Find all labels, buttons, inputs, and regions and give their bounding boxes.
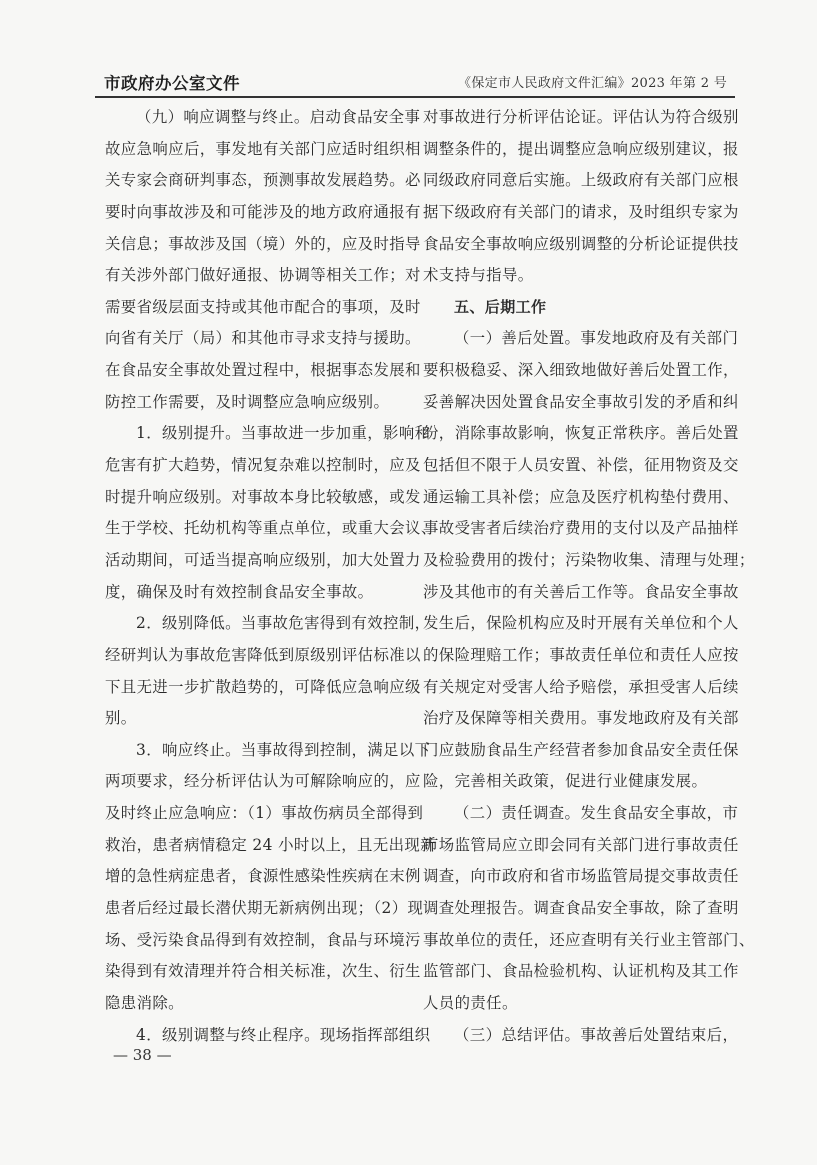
text-line: 食品安全事故响应级别调整的分析论证提供技 — [423, 229, 735, 261]
text-line: 危害有扩大趋势，情况复杂难以控制时，应及 — [105, 450, 408, 482]
text-line: 术支持与指导。 — [423, 260, 735, 292]
text-line: 治疗及保障等相关费用。事发地政府及有关部 — [423, 703, 735, 735]
text-line: 3．响应终止。当事故得到控制，满足以下 — [105, 735, 408, 767]
text-line: 度，确保及时有效控制食品安全事故。 — [105, 577, 408, 609]
text-line: 事故受害者后续治疗费用的支付以及产品抽样 — [423, 513, 735, 545]
text-line: 增的急性病症患者，食源性感染性疾病在末例 — [105, 861, 408, 893]
text-line: 关专家会商研判事态，预测事故发展趋势。必 — [105, 165, 408, 197]
text-line: 要积极稳妥、深入细致地做好善后处置工作， — [423, 355, 735, 387]
text-line: 有关涉外部门做好通报、协调等相关工作；对 — [105, 260, 408, 292]
text-line: 经研判认为事故危害降低到原级别评估标准以 — [105, 640, 408, 672]
text-line: 下且无进一步扩散趋势的，可降低应急响应级 — [105, 672, 408, 704]
text-line: 时提升响应级别。对事故本身比较敏感，或发 — [105, 482, 408, 514]
section-heading: 五、后期工作 — [423, 292, 735, 324]
text-line: 要时向事故涉及和可能涉及的地方政府通报有 — [105, 197, 408, 229]
text-line: 监管部门、食品检验机构、认证机构及其工作 — [423, 956, 735, 988]
text-line: 故应急响应后，事发地有关部门应适时组织相 — [105, 134, 408, 166]
text-line: 事故单位的责任，还应查明有关行业主管部门、 — [423, 925, 735, 957]
text-line: 人员的责任。 — [423, 988, 735, 1020]
text-line: 1．级别提升。当事故进一步加重，影响和 — [105, 418, 408, 450]
text-line: 及时终止应急响应：（1）事故伤病员全部得到 — [105, 798, 408, 830]
text-line: 调整条件的，提出调整应急响应级别建议，报 — [423, 134, 735, 166]
text-line: 患者后经过最长潜伏期无新病例出现；（2）现 — [105, 893, 408, 925]
header-rule-divider — [95, 96, 735, 98]
text-line: 包括但不限于人员安置、补偿，征用物资及交 — [423, 450, 735, 482]
text-line: （九）响应调整与终止。启动食品安全事 — [105, 102, 408, 134]
text-line: 有关规定对受害人给予赔偿，承担受害人后续 — [423, 672, 735, 704]
text-line: 纷，消除事故影响，恢复正常秩序。善后处置 — [423, 418, 735, 450]
text-line: 场、受污染食品得到有效控制，食品与环境污 — [105, 925, 408, 957]
page-number: — 38 — — [113, 1046, 172, 1064]
header-publication-title: 《保定市人民政府文件汇编》2023 年第 2 号 — [458, 72, 727, 91]
text-line: 调查处理报告。调查食品安全事故，除了查明 — [423, 893, 735, 925]
text-line: （二）责任调查。发生食品安全事故，市 — [423, 798, 735, 830]
text-line: 同级政府同意后实施。上级政府有关部门应根 — [423, 165, 735, 197]
text-line: 的保险理赔工作；事故责任单位和责任人应按 — [423, 640, 735, 672]
text-line: （三）总结评估。事故善后处置结束后， — [423, 1020, 735, 1052]
text-line: 通运输工具补偿；应急及医疗机构垫付费用、 — [423, 482, 735, 514]
text-line: 向省有关厅（局）和其他市寻求支持与援助。 — [105, 323, 408, 355]
text-line: 两项要求，经分析评估认为可解除响应的，应 — [105, 766, 408, 798]
text-line: 市场监管局应立即会同有关部门进行事故责任 — [423, 830, 735, 862]
text-line: 防控工作需要，及时调整应急响应级别。 — [105, 387, 408, 419]
text-line: 活动期间，可适当提高响应级别，加大处置力 — [105, 545, 408, 577]
text-line: 妥善解决因处置食品安全事故引发的矛盾和纠 — [423, 387, 735, 419]
text-line: 及检验费用的拨付；污染物收集、清理与处理； — [423, 545, 735, 577]
text-line: 对事故进行分析评估论证。评估认为符合级别 — [423, 102, 735, 134]
text-line: 救治，患者病情稳定 24 小时以上，且无出现新 — [105, 830, 408, 862]
text-line: 门应鼓励食品生产经营者参加食品安全责任保 — [423, 735, 735, 767]
text-line: （一）善后处置。事发地政府及有关部门 — [423, 323, 735, 355]
text-line: 别。 — [105, 703, 408, 735]
text-line: 险，完善相关政策，促进行业健康发展。 — [423, 766, 735, 798]
text-line: 隐患消除。 — [105, 988, 408, 1020]
text-line: 调查，向市政府和省市场监管局提交事故责任 — [423, 861, 735, 893]
text-line: 2．级别降低。当事故危害得到有效控制， — [105, 608, 408, 640]
text-line: 关信息；事故涉及国（境）外的，应及时指导 — [105, 229, 408, 261]
header-document-series: 市政府办公室文件 — [104, 70, 240, 94]
left-text-column: （九）响应调整与终止。启动食品安全事故应急响应后，事发地有关部门应适时组织相关专… — [105, 102, 408, 1051]
right-text-column: 对事故进行分析评估论证。评估认为符合级别调整条件的，提出调整应急响应级别建议，报… — [423, 102, 735, 1051]
text-line: 发生后，保险机构应及时开展有关单位和个人 — [423, 608, 735, 640]
text-line: 生于学校、托幼机构等重点单位，或重大会议、 — [105, 513, 408, 545]
text-line: 据下级政府有关部门的请求，及时组织专家为 — [423, 197, 735, 229]
text-line: 涉及其他市的有关善后工作等。食品安全事故 — [423, 577, 735, 609]
text-line: 需要省级层面支持或其他市配合的事项，及时 — [105, 292, 408, 324]
text-line: 染得到有效清理并符合相关标准，次生、衍生 — [105, 956, 408, 988]
text-line: 在食品安全事故处置过程中，根据事态发展和 — [105, 355, 408, 387]
